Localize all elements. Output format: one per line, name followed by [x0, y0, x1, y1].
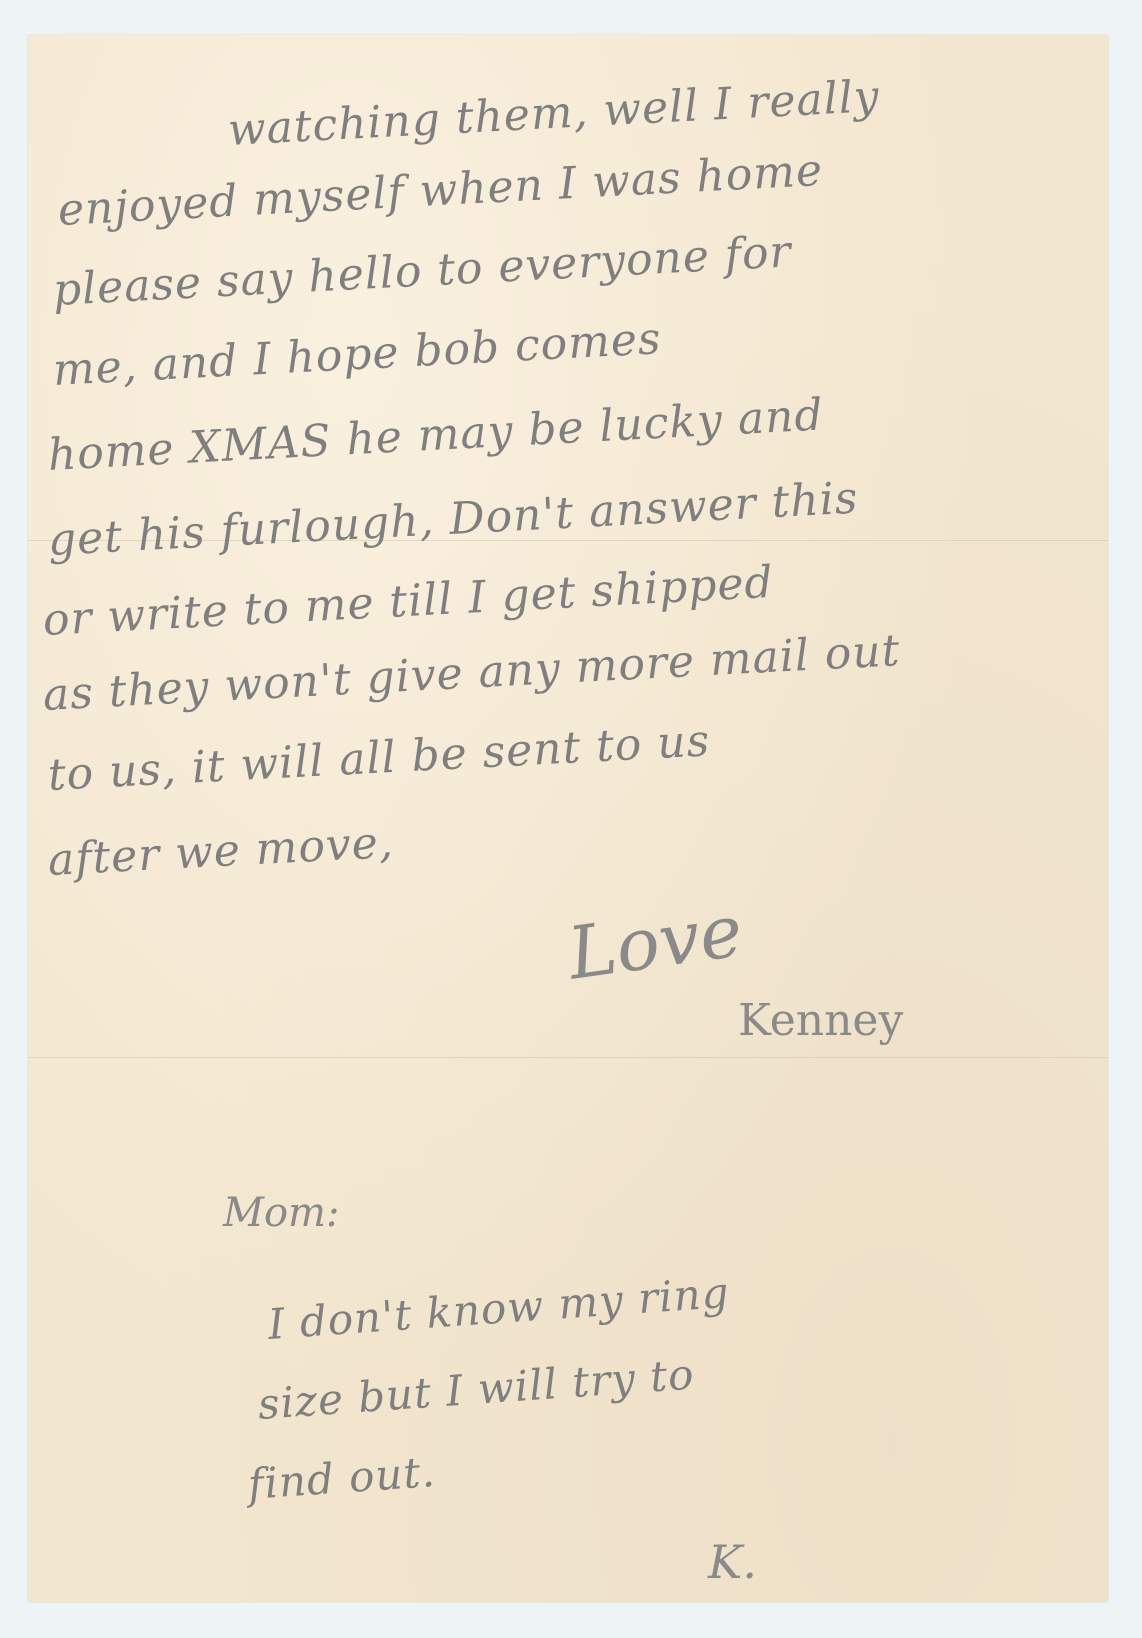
letter-line: as they won't give any more mail out	[42, 625, 902, 721]
letter-line: after we move,	[47, 817, 395, 886]
letter-line: home XMAS he may be lucky and	[47, 389, 825, 481]
signature: Kenney	[738, 995, 903, 1046]
postscript-initial: K.	[708, 1535, 757, 1589]
closing-love: Love	[563, 888, 747, 995]
letter-line: enjoyed myself when I was home	[57, 145, 825, 236]
fold-crease	[28, 1057, 1108, 1058]
letter-line: me, and I hope bob comes	[52, 313, 663, 396]
letter-line: watching them, well I really	[227, 71, 881, 156]
postscript-line: I don't know my ring	[266, 1268, 731, 1349]
letter-line: or write to me till I get shipped	[42, 557, 775, 646]
letter-line: to us, it will all be sent to us	[47, 715, 712, 801]
postscript-line: size but I will try to	[256, 1350, 696, 1429]
letter-line: please say hello to everyone for	[52, 226, 793, 316]
letter-line: get his furlough, Don't answer this	[47, 473, 860, 566]
postscript-line: find out.	[246, 1447, 437, 1509]
letter-page: watching them, well I really enjoyed mys…	[28, 35, 1108, 1602]
postscript-salutation: Mom:	[223, 1190, 339, 1236]
